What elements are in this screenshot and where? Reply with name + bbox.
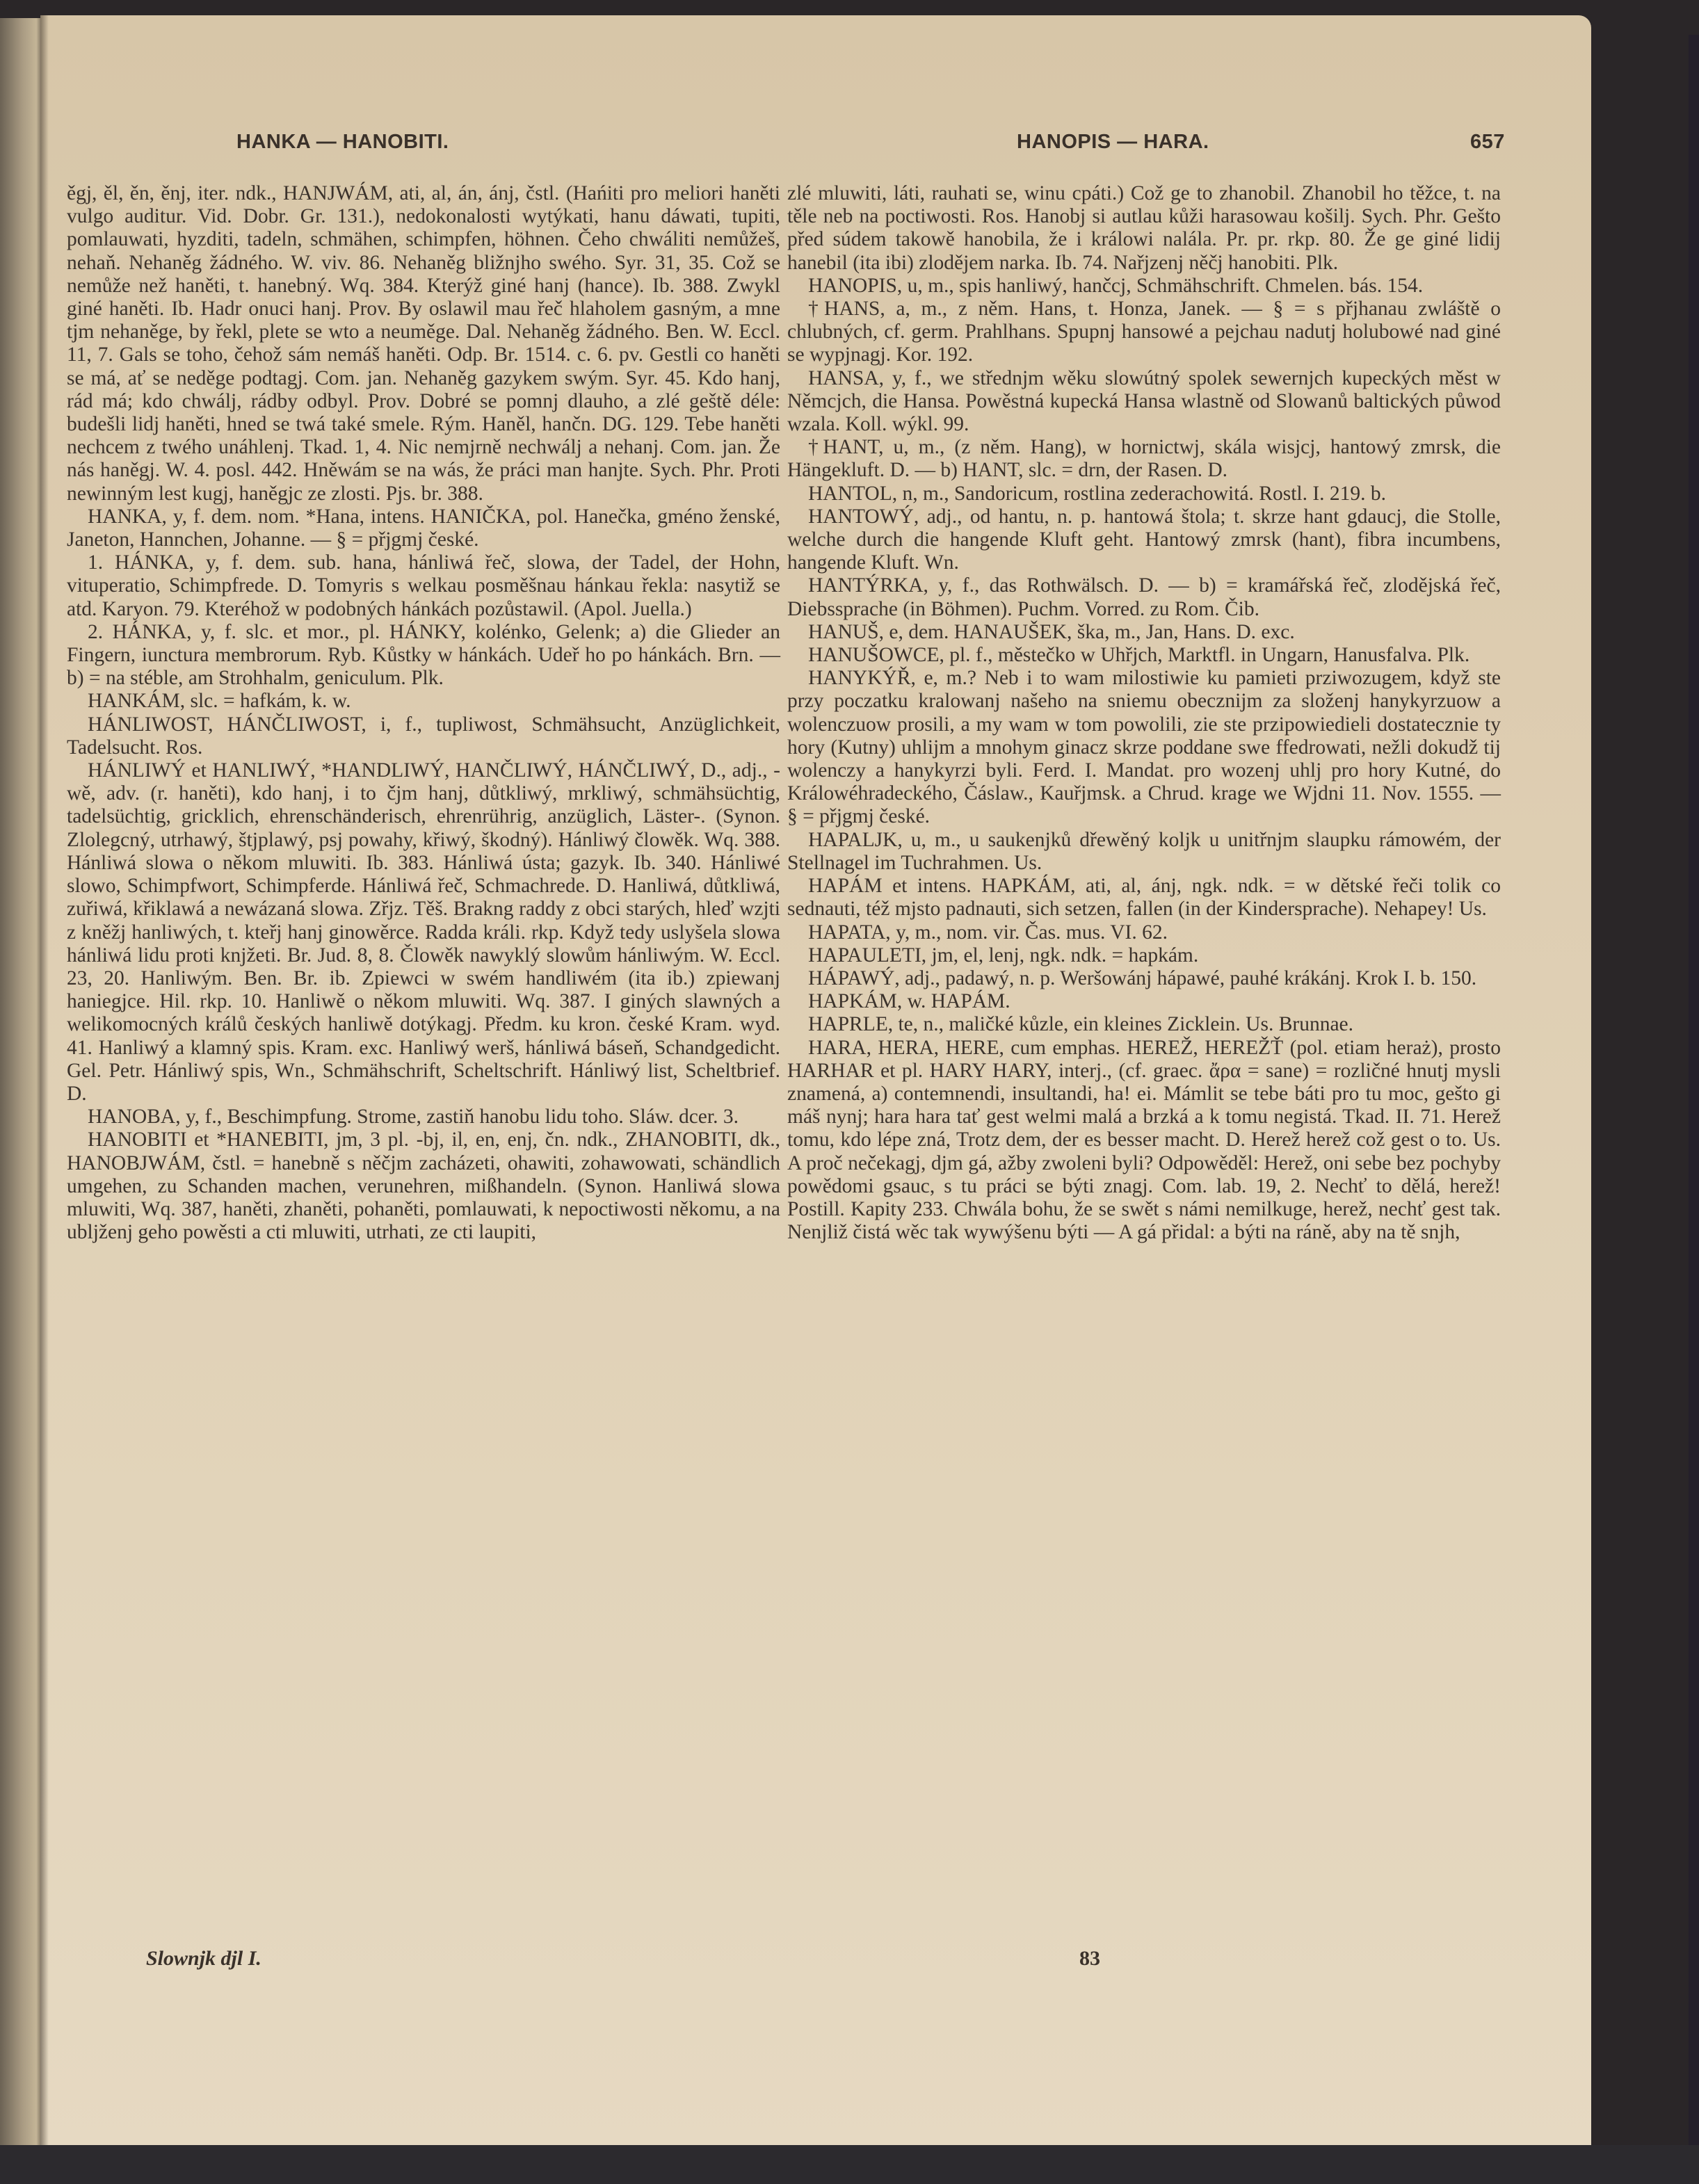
dictionary-entry-hapata: HAPATA, y, m., nom. vir. Čas. mus. VI. 6… — [787, 921, 1501, 944]
page-number: 657 — [1470, 131, 1505, 154]
dictionary-entry-hanobiti: HANOBITI et *HANEBITI, jm, 3 pl. -bj, il… — [67, 1129, 780, 1244]
dictionary-entry-hanoba: HANOBA, y, f., Beschimpfung. Strome, zas… — [67, 1106, 780, 1129]
dictionary-entry-hanopis: HANOPIS, u, m., spis hanliwý, hančcj, Sc… — [787, 275, 1501, 298]
page-right-edge — [1689, 35, 1699, 2184]
signature-number: 83 — [1079, 1947, 1100, 1971]
dictionary-entry-haprle: HAPRLE, te, n., maličké kůzle, ein klein… — [787, 1013, 1501, 1036]
dictionary-entry-hapkam: HAPKÁM, w. HAPÁM. — [787, 990, 1501, 1013]
dictionary-entry-hanliwost: HÁNLIWOST, HÁNČLIWOST, i, f., tupliwost,… — [67, 713, 780, 759]
dictionary-entry-hara: HARA, HERA, HERE, cum emphas. HEREŽ, HER… — [787, 1037, 1501, 1245]
footer-signature: Slownjk djl I. — [146, 1947, 261, 1971]
dictionary-entry-hapaljk: HAPALJK, u, m., u saukenjků dřewěný kolj… — [787, 829, 1501, 875]
right-column: zlé mluwiti, láti, rauhati se, winu cpát… — [787, 182, 1501, 1244]
book-spine — [0, 18, 40, 2184]
left-column: ěgj, ěl, ěn, ěnj, iter. ndk., HANJWÁM, a… — [67, 182, 780, 1244]
dictionary-entry-hantowy: HANTOWÝ, adj., od hantu, n. p. hantowá š… — [787, 505, 1501, 575]
dictionary-entry-hankam: HANKÁM, slc. = hafkám, k. w. — [67, 690, 780, 713]
dictionary-entry-hapam: HAPÁM et intens. HAPKÁM, ati, al, ánj, n… — [787, 875, 1501, 921]
dictionary-entry-hanykyr: HANYKÝŘ, e, m.? Neb i to wam milostiwie … — [787, 667, 1501, 828]
dictionary-entry-hansa: HANSA, y, f., we střednjm wěku slowútný … — [787, 367, 1501, 437]
dictionary-entry-hantyrka: HANTÝRKA, y, f., das Rothwälsch. D. — b)… — [787, 574, 1501, 620]
dictionary-entry-hant: †HANT, u, m., (z něm. Hang), w hornictwj… — [787, 436, 1501, 482]
dictionary-entry-hanus: HANUŠ, e, dem. HANAUŠEK, ška, m., Jan, H… — [787, 621, 1501, 644]
dictionary-entry-hapawy: HÁPAWÝ, adj., padawý, n. p. Weršowánj há… — [787, 967, 1501, 990]
dictionary-entry-hans: †HANS, a, m., z něm. Hans, t. Honza, Jan… — [787, 298, 1501, 367]
dictionary-entry-hapauleti: HAPAULETI, jm, el, lenj, ngk. ndk. = hap… — [787, 944, 1501, 967]
dictionary-entry-hantol: HANTOL, n, m., Sandoricum, rostlina zede… — [787, 483, 1501, 505]
gutter-shadow — [40, 15, 49, 2164]
bottom-shadow — [0, 2145, 1699, 2184]
dictionary-entry-hanka-1: 1. HÁNKA, y, f. dem. sub. hana, hánliwá … — [67, 551, 780, 621]
dictionary-entry-hanusowce: HANUŠOWCE, pl. f., městečko w Uhřjch, Ma… — [787, 644, 1501, 667]
dictionary-entry-continued: zlé mluwiti, láti, rauhati se, winu cpát… — [787, 182, 1501, 275]
running-head-left: HANKA — HANOBITI. — [236, 131, 449, 154]
running-head-right: HANOPIS — HARA. — [1017, 131, 1209, 154]
dictionary-entry-hanka: HANKA, y, f. dem. nom. *Hana, intens. HA… — [67, 505, 780, 551]
dictionary-entry-hanliwy: HÁNLIWÝ et HANLIWÝ, *HANDLIWÝ, HANČLIWÝ,… — [67, 759, 780, 1106]
dictionary-entry: ěgj, ěl, ěn, ěnj, iter. ndk., HANJWÁM, a… — [67, 182, 780, 505]
dictionary-entry-hanka-2: 2. HÁNKA, y, f. slc. et mor., pl. HÁNKY,… — [67, 621, 780, 690]
